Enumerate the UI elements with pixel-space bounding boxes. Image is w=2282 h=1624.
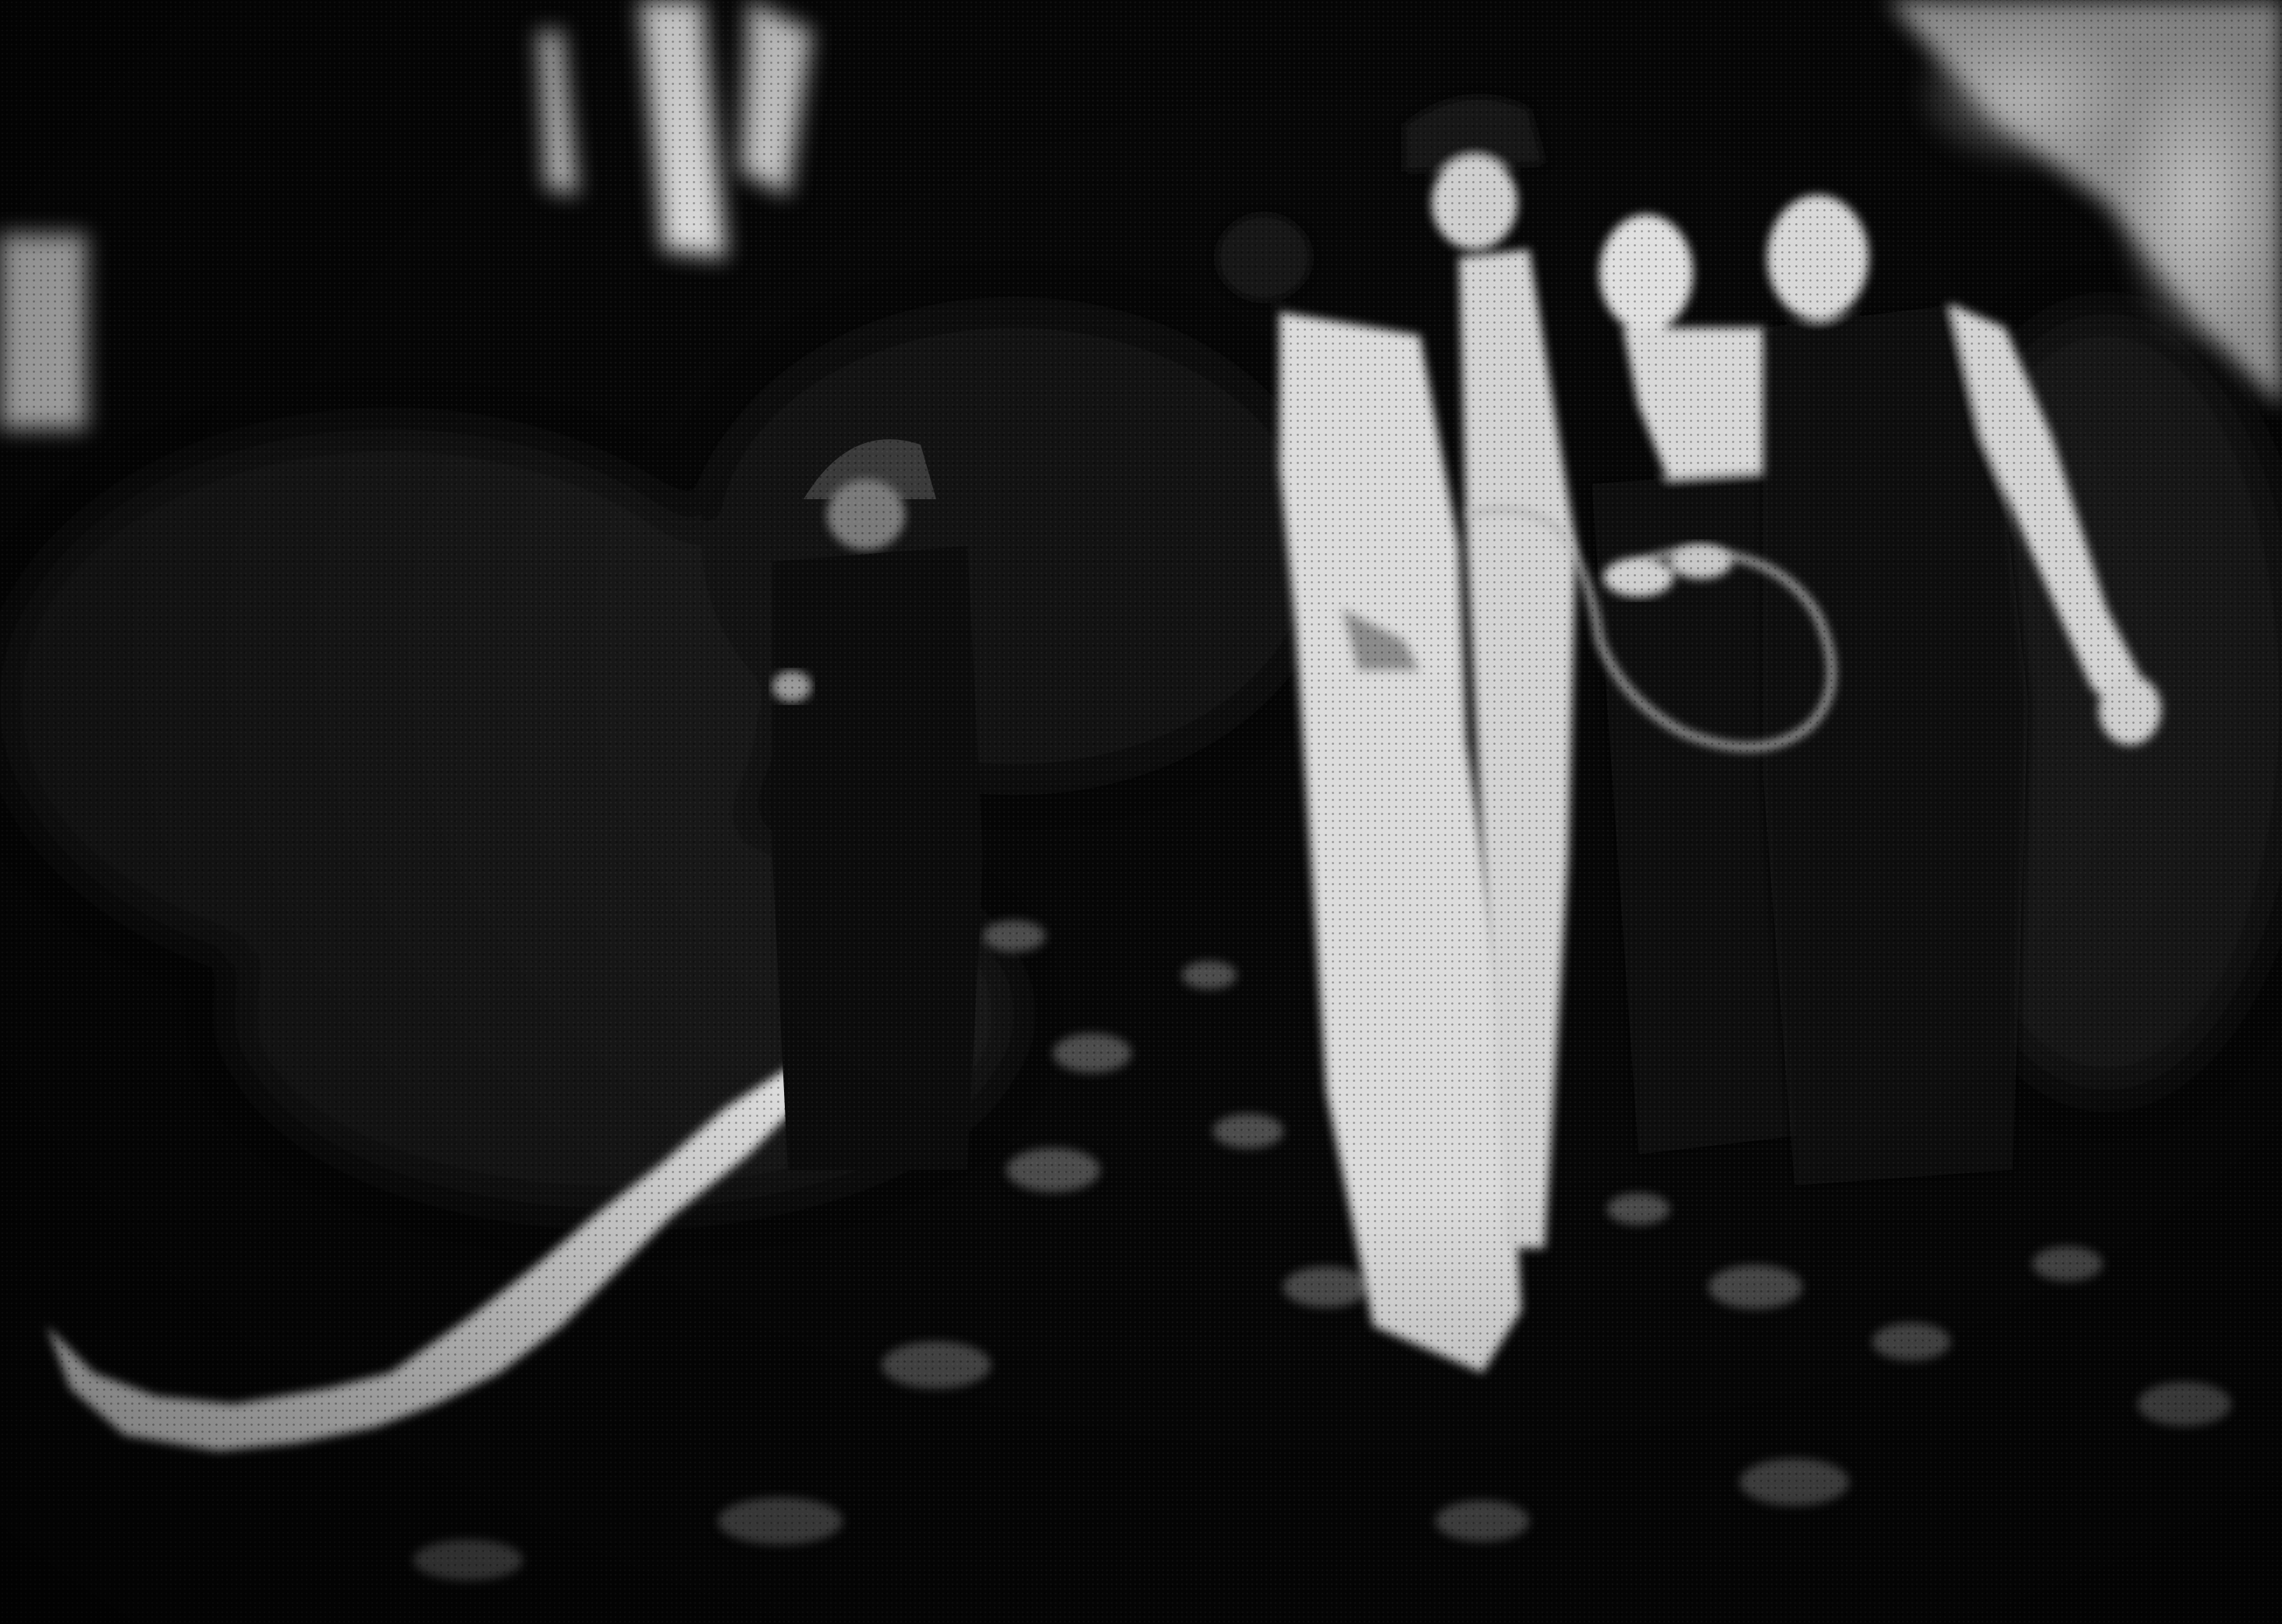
photo-scene <box>0 0 2282 1624</box>
halftone-photograph <box>0 0 2282 1624</box>
